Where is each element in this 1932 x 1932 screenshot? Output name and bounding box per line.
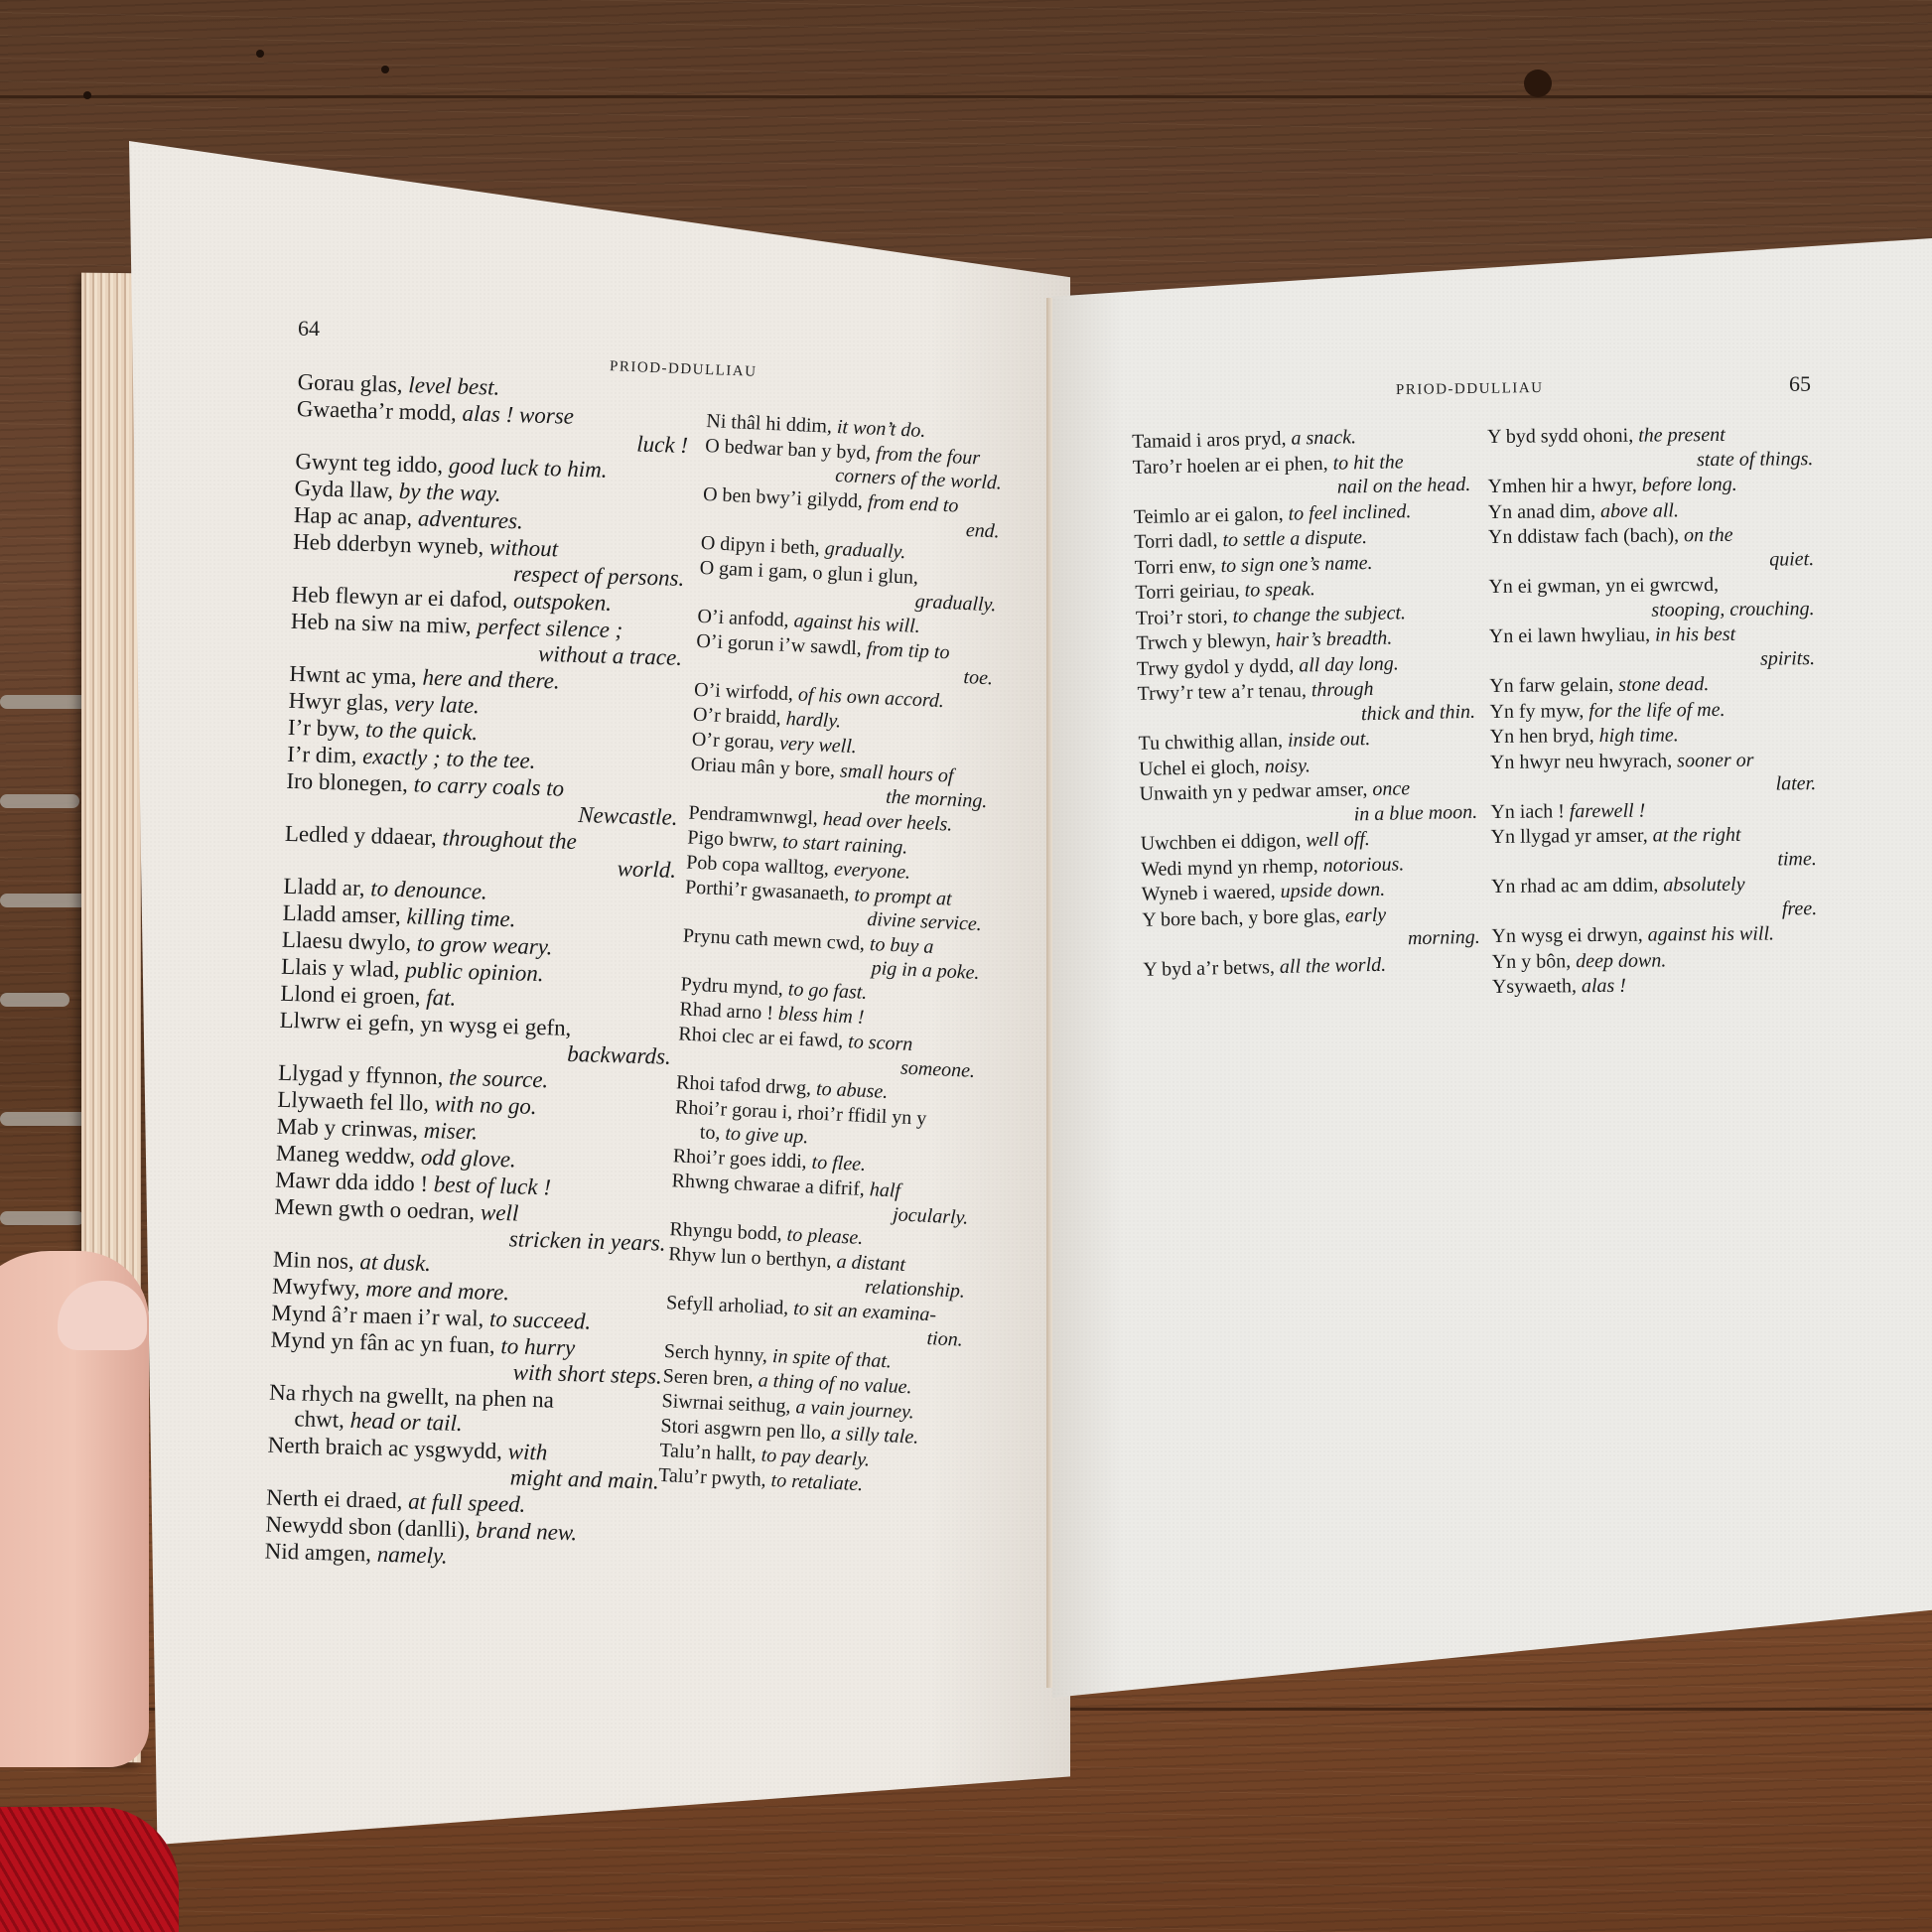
welsh-idiom: Gorau glas, bbox=[297, 369, 403, 397]
english-meaning: very well. bbox=[779, 733, 858, 759]
english-meaning: odd glove. bbox=[421, 1145, 516, 1173]
welsh-idiom: Heb flewyn ar ei dafod, bbox=[291, 582, 507, 613]
english-meaning: to start raining. bbox=[782, 831, 908, 859]
english-meaning: very late. bbox=[394, 691, 480, 718]
idiom-entry: Na rhych na gwellt, na phen nachwt, head… bbox=[268, 1380, 661, 1443]
idiom-entry: Y byd sydd ohoni, the presentstate of th… bbox=[1487, 422, 1813, 474]
english-meaning-continued: later. bbox=[1490, 771, 1816, 798]
english-meaning: to feel inclined. bbox=[1288, 500, 1411, 525]
welsh-idiom: Yn rhad ac am ddim, bbox=[1491, 875, 1658, 897]
idiom-column-right-2: Y byd sydd ohoni, the presentstate of th… bbox=[1487, 422, 1818, 1000]
english-meaning: against his will. bbox=[793, 610, 920, 637]
welsh-idiom: Mawr dda iddo ! bbox=[275, 1168, 429, 1196]
english-meaning: to grow weary. bbox=[417, 931, 553, 960]
welsh-idiom: Rhad arno ! bbox=[679, 998, 773, 1024]
english-meaning: by the way. bbox=[398, 479, 501, 506]
idiom-entry: Gwaetha’r modd, alas ! worseluck ! bbox=[296, 396, 689, 459]
welsh-idiom: Yn fy myw, bbox=[1489, 700, 1584, 723]
welsh-idiom: Trwy gydol y dydd, bbox=[1137, 654, 1295, 679]
lavender-sprig bbox=[0, 794, 79, 808]
welsh-idiom: Heb dderbyn wyneb, bbox=[293, 529, 484, 559]
english-meaning: to hurry bbox=[500, 1333, 575, 1360]
welsh-idiom: Yn ei lawn hwyliau, bbox=[1489, 624, 1650, 647]
english-meaning: hair’s breadth. bbox=[1276, 627, 1393, 651]
welsh-idiom: Ledled y ddaear, bbox=[285, 821, 438, 850]
english-meaning: deep down. bbox=[1576, 949, 1666, 972]
lavender-sprig bbox=[0, 1112, 89, 1126]
lavender-sprig bbox=[0, 894, 94, 907]
welsh-idiom: Yn ddistaw fach (bach), bbox=[1488, 524, 1679, 548]
welsh-idiom: Uchel ei gloch, bbox=[1139, 756, 1260, 780]
idiom-entry: Yn farw gelain, stone dead. bbox=[1489, 671, 1815, 698]
welsh-idiom: Pendramwnwgl, bbox=[688, 802, 818, 830]
english-meaning: a snack. bbox=[1291, 426, 1356, 449]
welsh-idiom: Trwy’r tew a’r tenau, bbox=[1137, 679, 1307, 705]
idiom-entry: Mynd yn fân ac yn fuan, to hurrywith sho… bbox=[270, 1327, 663, 1390]
english-meaning: fat. bbox=[426, 985, 457, 1011]
welsh-idiom: Nid amgen, bbox=[264, 1539, 371, 1567]
english-meaning: from tip to bbox=[866, 638, 950, 664]
english-meaning: to please. bbox=[786, 1224, 864, 1249]
english-meaning: exactly ; to the tee. bbox=[362, 744, 536, 773]
english-meaning: perfect silence ; bbox=[477, 614, 623, 642]
welsh-idiom: Yn hen bryd, bbox=[1490, 725, 1594, 748]
welsh-idiom: Llywaeth fel llo, bbox=[277, 1087, 429, 1116]
welsh-idiom: Mab y crinwas, bbox=[276, 1114, 418, 1143]
english-meaning: best of luck ! bbox=[433, 1172, 551, 1199]
welsh-idiom: Trwch y blewyn, bbox=[1136, 629, 1271, 654]
welsh-idiom: Yn y bôn, bbox=[1492, 950, 1572, 973]
welsh-idiom: Min nos, bbox=[273, 1247, 354, 1274]
welsh-idiom: Lladd amser, bbox=[282, 900, 401, 928]
english-meaning: all day long. bbox=[1299, 652, 1399, 676]
welsh-idiom: Mynd yn fân ac yn fuan, bbox=[270, 1327, 495, 1358]
welsh-idiom: Sefyll arholiad, bbox=[666, 1292, 789, 1319]
welsh-idiom: Yn hwyr neu hwyrach, bbox=[1490, 750, 1672, 773]
english-meaning: throughout the bbox=[442, 825, 577, 854]
english-meaning: good luck to him. bbox=[449, 453, 608, 482]
idiom-entry: Iro blonegen, to carry coals toNewcastle… bbox=[285, 768, 678, 831]
welsh-idiom: O’r gorau, bbox=[691, 729, 774, 755]
english-meaning: here and there. bbox=[422, 665, 560, 694]
english-meaning: above all. bbox=[1600, 499, 1679, 522]
page-number-left: 64 bbox=[298, 316, 320, 342]
welsh-idiom: Ymhen hir a hwyr, bbox=[1487, 475, 1636, 497]
english-meaning: killing time. bbox=[406, 903, 516, 931]
english-meaning: to carry coals to bbox=[413, 771, 564, 800]
english-meaning: outspoken. bbox=[513, 588, 613, 616]
idiom-entry: Yn ddistaw fach (bach), on thequiet. bbox=[1488, 522, 1814, 574]
wood-hole bbox=[83, 91, 91, 99]
english-meaning: from end to bbox=[868, 490, 959, 516]
english-meaning: more and more. bbox=[365, 1276, 509, 1305]
idiom-entry: Ymhen hir a hwyr, before long. bbox=[1487, 472, 1813, 498]
welsh-idiom: Llond ei groen, bbox=[280, 981, 421, 1010]
welsh-idiom: Yn wysg ei drwyn, bbox=[1491, 924, 1642, 947]
idiom-entry: Ledled y ddaear, throughout theworld. bbox=[284, 821, 677, 884]
welsh-idiom: Teimlo ar ei galon, bbox=[1134, 502, 1284, 527]
welsh-idiom: Pydru mynd, bbox=[680, 973, 783, 1000]
english-meaning-continued: time. bbox=[1491, 847, 1817, 874]
english-meaning: everyone. bbox=[833, 858, 910, 883]
welsh-idiom: Gwaetha’r modd, bbox=[297, 396, 458, 425]
welsh-idiom: Talu’n hallt, bbox=[659, 1440, 757, 1465]
english-meaning: to speak. bbox=[1244, 578, 1315, 601]
welsh-idiom: Torri dadl, bbox=[1134, 529, 1218, 553]
welsh-idiom: O’i anfodd, bbox=[697, 606, 789, 631]
english-meaning: without bbox=[489, 534, 559, 561]
english-meaning: adventures. bbox=[418, 505, 523, 533]
english-meaning: against his will. bbox=[1648, 922, 1774, 945]
english-meaning: with bbox=[507, 1439, 547, 1464]
welsh-idiom: Hwyr glas, bbox=[288, 688, 389, 716]
welsh-idiom: Hwnt ac yma, bbox=[289, 661, 417, 690]
english-meaning: once bbox=[1372, 777, 1410, 800]
english-meaning: to the quick. bbox=[365, 717, 479, 745]
welsh-idiom: Pigo bwrw, bbox=[687, 827, 778, 853]
english-meaning: before long. bbox=[1642, 474, 1737, 496]
welsh-idiom: Ni thâl hi ddim, bbox=[706, 410, 833, 438]
welsh-idiom: Ysywaeth, bbox=[1492, 975, 1577, 998]
wood-plank-seam bbox=[0, 95, 1932, 98]
english-meaning: it won’t do. bbox=[836, 416, 925, 442]
english-meaning: the present bbox=[1638, 424, 1725, 447]
welsh-idiom: O’i wirfodd, bbox=[694, 679, 794, 706]
wood-hole bbox=[1524, 69, 1552, 97]
english-meaning: through bbox=[1311, 678, 1374, 701]
english-meaning: at full speed. bbox=[408, 1489, 526, 1517]
idiom-entry: Unwaith yn y pedwar amser, oncein a blue… bbox=[1139, 775, 1477, 831]
idiom-entry: Y bore bach, y bore glas, earlymorning. bbox=[1142, 900, 1480, 956]
english-meaning: for the life of me. bbox=[1588, 698, 1725, 721]
welsh-idiom: O dipyn i beth, bbox=[700, 532, 820, 559]
english-meaning: to settle a dispute. bbox=[1222, 526, 1367, 551]
english-meaning: gradually. bbox=[824, 538, 906, 564]
english-meaning-continued: free. bbox=[1491, 897, 1817, 923]
english-meaning: well bbox=[481, 1199, 519, 1225]
welsh-idiom: Torri geiriau, bbox=[1135, 580, 1240, 604]
welsh-idiom: Siwrnai seithug, bbox=[661, 1390, 791, 1418]
english-meaning: the source. bbox=[449, 1065, 549, 1093]
welsh-idiom: Newydd sbon (danlli), bbox=[265, 1512, 471, 1543]
english-meaning: a distant bbox=[836, 1251, 905, 1276]
welsh-idiom: Tamaid i aros pryd, bbox=[1132, 428, 1287, 453]
english-meaning: with no go. bbox=[434, 1091, 537, 1119]
welsh-idiom: Gyda llaw, bbox=[294, 476, 393, 503]
english-meaning: to change the subject. bbox=[1232, 602, 1406, 627]
welsh-idiom-continued-text: to, bbox=[699, 1121, 721, 1144]
welsh-idiom-continued-text: chwt, bbox=[294, 1406, 345, 1432]
english-meaning: in spite of that. bbox=[772, 1345, 893, 1372]
running-head-right: PRIOD-DDULLIAU bbox=[1396, 380, 1544, 399]
welsh-idiom: Torri enw, bbox=[1135, 555, 1216, 579]
english-meaning: to abuse. bbox=[816, 1078, 889, 1103]
english-meaning: to scorn bbox=[848, 1031, 913, 1055]
idiom-entry: Llwrw ei gefn, yn wysg ei gefn, backward… bbox=[279, 1008, 672, 1070]
idiom-entry: Yn ei gwman, yn ei gwrcwd, stooping, cro… bbox=[1488, 572, 1814, 623]
wood-hole bbox=[381, 66, 389, 73]
english-meaning: level best. bbox=[408, 372, 500, 400]
idiom-column-left-2: Ni thâl hi ddim, it won’t do.O bedwar ba… bbox=[658, 409, 1005, 1501]
idiom-entry: Heb na siw na miw, perfect silence ;with… bbox=[290, 609, 683, 671]
english-meaning-continued: quiet. bbox=[1488, 547, 1814, 574]
welsh-idiom: Y byd sydd ohoni, bbox=[1487, 425, 1633, 448]
welsh-idiom: O’r braidd, bbox=[693, 704, 782, 730]
welsh-idiom: Troi’r stori, bbox=[1136, 606, 1228, 629]
book-gutter bbox=[1046, 298, 1052, 1688]
english-meaning: alas ! bbox=[1582, 975, 1626, 997]
welsh-idiom: I’r dim, bbox=[287, 742, 357, 768]
wood-hole bbox=[256, 50, 264, 58]
idiom-column-right-1: Tamaid i aros pryd, a snack.Taro’r hoele… bbox=[1132, 423, 1481, 983]
english-meaning: a silly tale. bbox=[830, 1423, 918, 1449]
lavender-sprig bbox=[0, 695, 89, 709]
english-meaning-continued: stooping, crouching. bbox=[1489, 597, 1815, 623]
idiom-entry: Ysywaeth, alas ! bbox=[1492, 972, 1818, 999]
idiom-entry: Yn hen bryd, high time. bbox=[1490, 722, 1816, 749]
english-meaning: brand new. bbox=[476, 1517, 577, 1545]
english-meaning: well off. bbox=[1306, 828, 1370, 851]
welsh-idiom: Wyneb i waered, bbox=[1142, 881, 1276, 905]
lavender-sprig bbox=[0, 1211, 84, 1225]
idiom-entry: Yn ei lawn hwyliau, in his bestspirits. bbox=[1489, 621, 1815, 673]
english-meaning: high time. bbox=[1599, 724, 1679, 747]
english-meaning: alas ! worse bbox=[462, 401, 574, 429]
welsh-idiom: Nerth ei draed, bbox=[266, 1485, 403, 1514]
welsh-idiom: Gwynt teg iddo, bbox=[295, 449, 443, 478]
english-meaning: absolutely bbox=[1663, 874, 1744, 897]
idiom-entry: Heb dderbyn wyneb, withoutrespect of per… bbox=[292, 529, 685, 592]
welsh-idiom: Y byd a’r betws, bbox=[1143, 956, 1275, 981]
welsh-idiom: Heb na siw na miw, bbox=[291, 609, 472, 638]
idiom-entry: Yn rhad ac am ddim, absolutelyfree. bbox=[1491, 872, 1817, 923]
idiom-entry: Trwy’r tew a’r tenau, throughthick and t… bbox=[1137, 675, 1475, 731]
idiom-entry: Yn hwyr neu hwyrach, sooner orlater. bbox=[1490, 748, 1816, 799]
welsh-idiom: Hap ac anap, bbox=[294, 502, 413, 530]
english-meaning: in his best bbox=[1655, 623, 1735, 646]
welsh-idiom: Talu’r pwyth, bbox=[658, 1464, 766, 1491]
english-meaning: a vain journey. bbox=[795, 1396, 914, 1423]
english-meaning: to buy a bbox=[870, 933, 934, 958]
welsh-idiom: Llygad y ffynnon, bbox=[278, 1060, 444, 1090]
english-meaning: head or tail. bbox=[349, 1408, 463, 1436]
idiom-entry: Yn wysg ei drwyn, against his will. bbox=[1491, 921, 1817, 948]
lavender-sprig bbox=[0, 993, 69, 1007]
english-meaning: half bbox=[869, 1178, 900, 1201]
idiom-entry: Taro’r hoelen ar ei phen, to hit thenail… bbox=[1133, 448, 1471, 503]
english-meaning: namely. bbox=[376, 1542, 448, 1569]
welsh-idiom: Yn ei gwman, yn ei gwrcwd, bbox=[1488, 574, 1719, 598]
welsh-idiom: Lladd ar, bbox=[283, 874, 365, 900]
welsh-idiom: Yn llygad yr amser, bbox=[1491, 825, 1648, 848]
english-meaning: noisy. bbox=[1265, 755, 1311, 777]
english-meaning: to prompt at bbox=[854, 884, 952, 909]
welsh-idiom: Rhyngu bodd, bbox=[669, 1218, 782, 1245]
english-meaning: to go fast. bbox=[787, 978, 867, 1004]
welsh-idiom: Nerth braich ac ysgwydd, bbox=[267, 1433, 502, 1464]
welsh-idiom: Yn anad dim, bbox=[1488, 500, 1596, 523]
idiom-entry: Yn iach ! farewell ! bbox=[1490, 797, 1816, 824]
english-meaning-continued: spirits. bbox=[1489, 646, 1815, 673]
english-meaning: bless him ! bbox=[777, 1003, 865, 1029]
welsh-idiom: Y bore bach, y bore glas, bbox=[1142, 904, 1340, 930]
english-meaning: to retaliate. bbox=[770, 1469, 863, 1495]
welsh-idiom: Iro blonegen, bbox=[286, 768, 408, 796]
english-meaning-continued: state of things. bbox=[1487, 447, 1813, 474]
english-meaning: at the right bbox=[1653, 824, 1741, 847]
english-meaning: at dusk. bbox=[359, 1249, 431, 1276]
english-meaning: to pay dearly. bbox=[760, 1445, 870, 1471]
english-meaning: stone dead. bbox=[1618, 673, 1709, 696]
welsh-idiom: Rhoi’r goes iddi, bbox=[672, 1145, 807, 1173]
english-meaning: to flee. bbox=[811, 1152, 866, 1175]
welsh-idiom: Llaesu dwylo, bbox=[282, 927, 412, 956]
english-meaning: miser. bbox=[423, 1118, 478, 1145]
welsh-idiom: Wedi mynd yn rhemp, bbox=[1141, 855, 1318, 881]
welsh-idiom: Yn iach ! bbox=[1490, 800, 1565, 823]
english-meaning: to give up. bbox=[725, 1123, 809, 1149]
english-meaning: upside down. bbox=[1280, 879, 1385, 902]
english-meaning: small hours of bbox=[840, 759, 954, 786]
english-meaning: public opinion. bbox=[405, 957, 544, 986]
english-meaning: farewell ! bbox=[1570, 799, 1646, 822]
welsh-idiom: Serch hynny, bbox=[663, 1340, 767, 1367]
welsh-idiom: Mwyfwy, bbox=[272, 1274, 360, 1301]
english-meaning: to hit the bbox=[1332, 451, 1404, 474]
welsh-idiom: Maneg weddw, bbox=[276, 1141, 416, 1170]
idiom-entry: Yn fy myw, for the life of me. bbox=[1489, 697, 1815, 724]
welsh-idiom: Taro’r hoelen ar ei phen, bbox=[1133, 452, 1328, 478]
english-meaning: inside out. bbox=[1288, 728, 1371, 752]
welsh-idiom: Yn farw gelain, bbox=[1489, 674, 1613, 697]
idiom-entry: Mewn gwth o oedran, wellstricken in year… bbox=[273, 1194, 666, 1257]
idiom-entry: Yn llygad yr amser, at the righttime. bbox=[1491, 822, 1817, 874]
english-meaning: sooner or bbox=[1677, 749, 1753, 771]
idiom-column-left-1: Gorau glas, level best.Gwaetha’r modd, a… bbox=[264, 369, 689, 1577]
welsh-idiom: Unwaith yn y pedwar amser, bbox=[1139, 778, 1367, 805]
english-meaning: all the world. bbox=[1280, 953, 1387, 977]
red-tassel bbox=[0, 1807, 179, 1932]
welsh-idiom: Llais y wlad, bbox=[281, 954, 400, 982]
idiom-entry: Yn anad dim, above all. bbox=[1488, 497, 1814, 524]
english-meaning: to sign one’s name. bbox=[1220, 551, 1372, 576]
welsh-idiom: Mewn gwth o oedran, bbox=[274, 1194, 475, 1225]
welsh-idiom: I’r byw, bbox=[288, 715, 360, 742]
welsh-idiom: Mynd â’r maen i’r wal, bbox=[271, 1301, 484, 1331]
english-meaning: notorious. bbox=[1322, 853, 1404, 877]
idiom-entry: Nerth braich ac ysgwydd, withmight and m… bbox=[267, 1433, 660, 1495]
welsh-idiom: Tu chwithig allan, bbox=[1138, 730, 1283, 755]
page-number-right: 65 bbox=[1789, 371, 1811, 397]
english-meaning: to succeed. bbox=[489, 1307, 592, 1334]
english-meaning: to denounce. bbox=[370, 876, 487, 903]
english-meaning: on the bbox=[1684, 524, 1733, 546]
idiom-entry: Yn y bôn, deep down. bbox=[1492, 947, 1818, 974]
english-meaning: hardly. bbox=[785, 708, 841, 732]
english-meaning: early bbox=[1345, 903, 1387, 926]
english-meaning: head over heels. bbox=[822, 808, 952, 836]
welsh-idiom: Seren bren, bbox=[662, 1365, 754, 1391]
welsh-idiom: Uwchben ei ddigon, bbox=[1141, 830, 1302, 855]
